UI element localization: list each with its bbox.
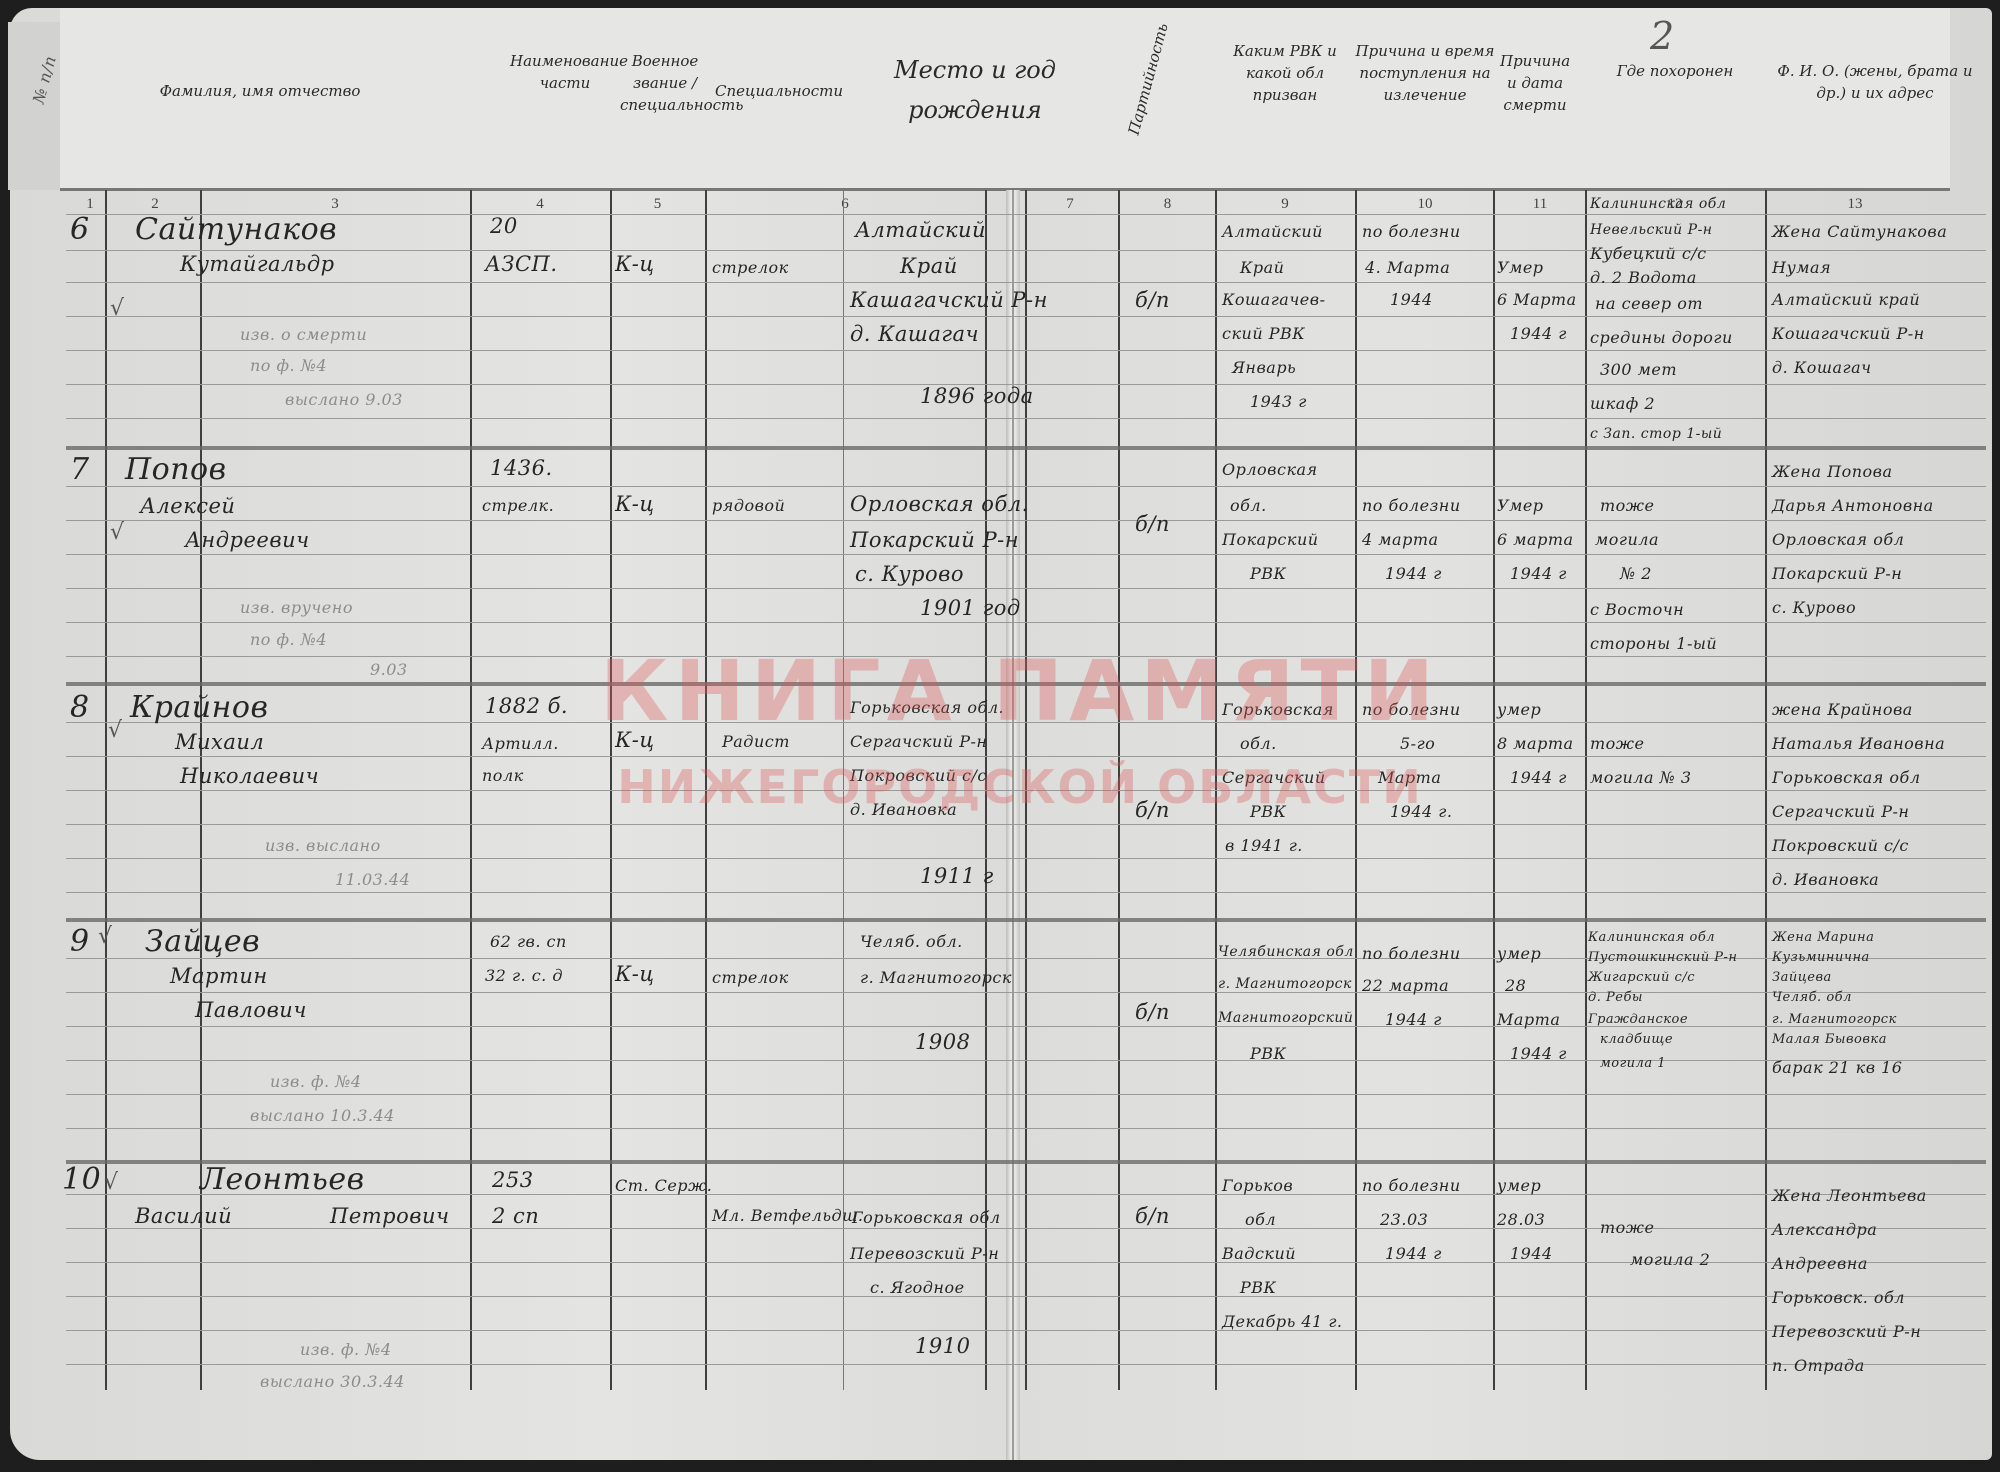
birthplace: с. Ягодное bbox=[870, 1278, 965, 1297]
burial: 300 мет bbox=[1600, 360, 1677, 379]
header-death: Причина и дата смерти bbox=[1500, 50, 1570, 116]
birth-year: 1910 bbox=[915, 1334, 970, 1358]
colnum-3: 3 bbox=[200, 196, 470, 213]
death: 1944 г bbox=[1510, 768, 1567, 787]
colnum-8: 8 bbox=[1120, 196, 1215, 213]
admission: по болезни bbox=[1362, 700, 1461, 719]
colnum-6: 6 bbox=[705, 196, 985, 213]
relative: Алтайский край bbox=[1772, 290, 1920, 309]
colnum-13: 13 bbox=[1765, 196, 1945, 213]
record-number: 10 bbox=[62, 1162, 101, 1197]
unit: 32 г. с. д bbox=[485, 966, 563, 985]
check-mark: √ bbox=[104, 1170, 118, 1195]
header-birth: Место и год рождения bbox=[840, 50, 1110, 130]
pencil-note: выслано 10.3.44 bbox=[250, 1106, 395, 1125]
relative: Нумая bbox=[1772, 258, 1831, 277]
colnum-9: 9 bbox=[1215, 196, 1355, 213]
rvk: Сергачский bbox=[1222, 768, 1326, 787]
relative: Челяб. обл bbox=[1772, 990, 1852, 1005]
record-number: 7 bbox=[70, 452, 90, 487]
rvk: Горьковская bbox=[1222, 700, 1334, 719]
pencil-note: изв. ф. №4 bbox=[270, 1072, 362, 1091]
birthplace: Кашагачский Р-н bbox=[850, 288, 1048, 312]
admission: 1944 г. bbox=[1390, 802, 1452, 821]
patronymic: Николаевич bbox=[180, 764, 319, 788]
unit: 20 bbox=[490, 214, 518, 238]
admission: 4. Марта bbox=[1365, 258, 1450, 277]
rvk: обл. bbox=[1230, 496, 1267, 515]
surname: Сайтунаков bbox=[135, 212, 337, 247]
birthplace: Перевозский Р-н bbox=[850, 1244, 999, 1263]
birthplace: Алтайский bbox=[855, 218, 986, 242]
rvk: ский РВК bbox=[1222, 324, 1305, 343]
rank: К-ц bbox=[615, 492, 655, 516]
burial: д. 2 Водота bbox=[1590, 268, 1697, 287]
birthplace: д. Ивановка bbox=[850, 800, 957, 819]
birthplace: д. Кашагач bbox=[850, 322, 979, 346]
death: умер bbox=[1497, 1176, 1541, 1195]
relative: Покровский с/с bbox=[1772, 836, 1909, 855]
party: б/п bbox=[1135, 1204, 1170, 1228]
rvk: Магнитогорский bbox=[1218, 1010, 1353, 1026]
birth-year: 1896 года bbox=[920, 384, 1034, 408]
surname: Зайцев bbox=[145, 924, 260, 959]
death: 28.03 bbox=[1497, 1210, 1545, 1229]
header-rank: Военное звание / специальность bbox=[620, 50, 710, 116]
burial: Жигарский с/с bbox=[1588, 970, 1695, 985]
relative: Жена Леонтьева bbox=[1772, 1186, 1927, 1205]
patronymic: Петрович bbox=[330, 1204, 450, 1228]
burial: Невельский Р-н bbox=[1590, 222, 1713, 238]
colnum-7: 7 bbox=[1020, 196, 1120, 213]
rvk: г. Магнитогорск bbox=[1218, 976, 1352, 992]
relative: Орловская обл bbox=[1772, 530, 1904, 549]
header-rvk: Каким РВК и какой обл призван bbox=[1225, 40, 1345, 106]
burial: Кубецкий с/с bbox=[1590, 244, 1707, 263]
relative: Сергачский Р-н bbox=[1772, 802, 1909, 821]
rank: К-ц bbox=[615, 728, 655, 752]
relative: Андреевна bbox=[1772, 1254, 1868, 1273]
specialty: стрелок bbox=[712, 258, 789, 277]
book-spine bbox=[1006, 190, 1020, 1460]
party: б/п bbox=[1135, 1000, 1170, 1024]
death: 1944 г bbox=[1510, 564, 1567, 583]
header-relative: Ф. И. О. (жены, брата и др.) и их адрес bbox=[1770, 60, 1980, 104]
rvk: Челябинская обл bbox=[1218, 944, 1354, 960]
burial: № 2 bbox=[1620, 564, 1652, 583]
specialty: рядовой bbox=[712, 496, 785, 515]
burial: с Восточн bbox=[1590, 600, 1684, 619]
party: б/п bbox=[1135, 288, 1170, 312]
relative: Жена Марина bbox=[1772, 930, 1874, 945]
burial: д. Ребы bbox=[1588, 990, 1643, 1005]
relative: Горьковск. обл bbox=[1772, 1288, 1905, 1307]
rvk: Декабрь 41 г. bbox=[1222, 1312, 1343, 1331]
relative: с. Курово bbox=[1772, 598, 1856, 617]
relative: д. Ивановка bbox=[1772, 870, 1879, 889]
relative: д. Кошагач bbox=[1772, 358, 1872, 377]
rvk: 1943 г bbox=[1250, 392, 1307, 411]
surname: Леонтьев bbox=[200, 1162, 365, 1197]
rvk: РВК bbox=[1240, 1278, 1276, 1297]
pencil-note: по ф. №4 bbox=[250, 630, 327, 649]
rvk: Кошагачев- bbox=[1222, 290, 1325, 309]
record-number: 6 bbox=[70, 212, 90, 247]
pencil-note: изв. ф. №4 bbox=[300, 1340, 392, 1359]
relative: Жена Сайтунакова bbox=[1772, 222, 1947, 241]
birthplace: Покровский с/с bbox=[850, 766, 987, 785]
relative: Малая Бывовка bbox=[1772, 1032, 1887, 1047]
death: 1944 г bbox=[1510, 324, 1567, 343]
given-name: Михаил bbox=[175, 730, 264, 754]
header-burial: Где похоронен bbox=[1580, 60, 1770, 82]
burial: могила bbox=[1595, 530, 1659, 549]
burial: могила № 3 bbox=[1590, 768, 1692, 787]
burial: могила 1 bbox=[1600, 1056, 1666, 1071]
colnum-11: 11 bbox=[1495, 196, 1585, 213]
rank: К-ц bbox=[615, 962, 655, 986]
death: 1944 bbox=[1510, 1244, 1553, 1263]
given-name: Василий bbox=[135, 1204, 232, 1228]
birthplace: Край bbox=[900, 254, 958, 278]
admission: 22 марта bbox=[1362, 976, 1449, 995]
record-number: 9 bbox=[70, 924, 90, 959]
admission: Марта bbox=[1378, 768, 1441, 787]
relative: Зайцева bbox=[1772, 970, 1832, 985]
pencil-note: выслано 30.3.44 bbox=[260, 1372, 405, 1391]
pencil-note: изв. о смерти bbox=[240, 325, 367, 344]
rvk: Горьков bbox=[1222, 1176, 1293, 1195]
burial: с Зап. стор 1-ый bbox=[1590, 426, 1722, 442]
header-admission: Причина и время поступления на излечение bbox=[1355, 40, 1495, 106]
colnum-10: 10 bbox=[1355, 196, 1495, 213]
death: 6 Марта bbox=[1497, 290, 1577, 309]
relative: Жена Попова bbox=[1772, 462, 1892, 481]
admission: 1944 г bbox=[1385, 564, 1442, 583]
death: 6 марта bbox=[1497, 530, 1574, 549]
unit: 62 гв. сп bbox=[490, 932, 567, 951]
burial: Калининская обл bbox=[1590, 196, 1726, 212]
burial: Гражданское bbox=[1588, 1012, 1688, 1027]
birthplace: Покарский Р-н bbox=[850, 528, 1019, 552]
burial: тоже bbox=[1600, 496, 1654, 515]
birthplace: с. Курово bbox=[855, 562, 964, 586]
pencil-note: по ф. №4 bbox=[250, 356, 327, 375]
rvk: РВК bbox=[1250, 1044, 1286, 1063]
burial: средины дороги bbox=[1590, 328, 1733, 347]
death: Марта bbox=[1497, 1010, 1560, 1029]
check-mark: √ bbox=[110, 520, 124, 545]
header-specialty: Специальности bbox=[715, 80, 825, 102]
colnum-1: 1 bbox=[70, 196, 110, 213]
birthplace: г. Магнитогорск bbox=[860, 968, 1012, 987]
admission: 5-го bbox=[1400, 734, 1435, 753]
check-mark: √ bbox=[110, 296, 124, 321]
burial: шкаф 2 bbox=[1590, 394, 1655, 413]
rvk: Покарский bbox=[1222, 530, 1319, 549]
burial: кладбище bbox=[1600, 1032, 1673, 1047]
relative: жена Крайнова bbox=[1772, 700, 1913, 719]
birthplace: Горьковская обл bbox=[852, 1208, 1001, 1227]
patronymic: Андреевич bbox=[185, 528, 310, 552]
patronymic: Павлович bbox=[195, 998, 307, 1022]
specialty: Радист bbox=[722, 732, 790, 751]
colnum-5: 5 bbox=[610, 196, 705, 213]
rvk: РВК bbox=[1250, 564, 1286, 583]
unit: 1436. bbox=[490, 456, 553, 480]
pencil-note: изв. вручено bbox=[240, 598, 353, 617]
admission: по болезни bbox=[1362, 944, 1461, 963]
death: Умер bbox=[1497, 496, 1544, 515]
header-fio: Фамилия, имя отчество bbox=[140, 80, 380, 102]
surname: Попов bbox=[125, 452, 227, 487]
pencil-note: 9.03 bbox=[370, 660, 408, 679]
birthplace: Горьковская обл. bbox=[850, 698, 1004, 717]
death: умер bbox=[1497, 700, 1541, 719]
birthplace: Орловская обл. bbox=[850, 492, 1029, 516]
rvk: РВК bbox=[1250, 802, 1286, 821]
burial: стороны 1-ый bbox=[1590, 634, 1717, 653]
rvk: обл. bbox=[1240, 734, 1277, 753]
unit: полк bbox=[482, 766, 524, 785]
rvk: Алтайский bbox=[1222, 222, 1323, 241]
header-unit: Наименование части bbox=[510, 50, 620, 94]
relative: Александра bbox=[1772, 1220, 1877, 1239]
record-number: 8 bbox=[70, 690, 90, 725]
admission: по болезни bbox=[1362, 1176, 1461, 1195]
unit: 1882 б. bbox=[485, 694, 568, 718]
birth-year: 1901 год bbox=[920, 596, 1021, 620]
relative: Перевозский Р-н bbox=[1772, 1322, 1921, 1341]
page-number: 2 bbox=[1650, 14, 1674, 58]
check-mark: √ bbox=[98, 924, 112, 949]
rank: К-ц bbox=[615, 252, 655, 276]
rvk: Январь bbox=[1232, 358, 1296, 377]
colnum-2: 2 bbox=[110, 196, 200, 213]
admission: 4 марта bbox=[1362, 530, 1439, 549]
rvk: Вадский bbox=[1222, 1244, 1296, 1263]
death: Умер bbox=[1497, 258, 1544, 277]
burial: могила 2 bbox=[1630, 1250, 1710, 1269]
relative: Покарский Р-н bbox=[1772, 564, 1902, 583]
burial: тоже bbox=[1590, 734, 1644, 753]
given-name: Кутайгальдр bbox=[180, 252, 335, 276]
relative: п. Отрада bbox=[1772, 1356, 1865, 1375]
relative: Кошагачский Р-н bbox=[1772, 324, 1925, 343]
rvk: в 1941 г. bbox=[1225, 836, 1303, 855]
party: б/п bbox=[1135, 798, 1170, 822]
relative: барак 21 кв 16 bbox=[1772, 1058, 1902, 1077]
colnum-4: 4 bbox=[470, 196, 610, 213]
relative: г. Магнитогорск bbox=[1772, 1012, 1897, 1027]
rank: Ст. Серж. bbox=[615, 1176, 712, 1195]
burial: на север от bbox=[1595, 294, 1703, 313]
unit: стрелк. bbox=[482, 496, 554, 515]
party: б/п bbox=[1135, 512, 1170, 536]
pencil-note: 11.03.44 bbox=[335, 870, 410, 889]
rvk: Орловская bbox=[1222, 460, 1318, 479]
relative: Наталья Ивановна bbox=[1772, 734, 1945, 753]
birth-year: 1908 bbox=[915, 1030, 970, 1054]
relative: Горьковская обл bbox=[1772, 768, 1921, 787]
admission: 1944 г bbox=[1385, 1244, 1442, 1263]
unit: АЗСП. bbox=[485, 252, 558, 276]
burial: Калининская обл bbox=[1588, 930, 1715, 945]
birthplace: Сергачский Р-н bbox=[850, 732, 987, 751]
death: умер bbox=[1497, 944, 1541, 963]
rvk: обл bbox=[1245, 1210, 1276, 1229]
birth-year: 1911 г bbox=[920, 864, 994, 888]
check-mark: √ bbox=[108, 718, 122, 743]
relative: Кузьминична bbox=[1772, 950, 1870, 965]
admission: по болезни bbox=[1362, 222, 1461, 241]
admission: по болезни bbox=[1362, 496, 1461, 515]
burial: тоже bbox=[1600, 1218, 1654, 1237]
unit: 253 bbox=[492, 1168, 534, 1192]
pencil-note: выслано 9.03 bbox=[285, 390, 403, 409]
death: 28 bbox=[1505, 976, 1526, 995]
specialty: стрелок bbox=[712, 968, 789, 987]
given-name: Мартин bbox=[170, 964, 268, 988]
relative: Дарья Антоновна bbox=[1772, 496, 1934, 515]
surname: Крайнов bbox=[130, 690, 268, 725]
admission: 1944 г bbox=[1385, 1010, 1442, 1029]
given-name: Алексей bbox=[140, 494, 235, 518]
rvk: Край bbox=[1240, 258, 1284, 277]
pencil-note: изв. выслано bbox=[265, 836, 381, 855]
death: 8 марта bbox=[1497, 734, 1574, 753]
unit: Артилл. bbox=[482, 734, 559, 753]
admission: 1944 bbox=[1390, 290, 1433, 309]
death: 1944 г bbox=[1510, 1044, 1567, 1063]
admission: 23.03 bbox=[1380, 1210, 1428, 1229]
birthplace: Челяб. обл. bbox=[860, 932, 963, 951]
burial: Пустошкинский Р-н bbox=[1588, 950, 1737, 965]
specialty: Мл. Ветфельдш. bbox=[712, 1206, 863, 1225]
unit: 2 сп bbox=[492, 1204, 539, 1228]
